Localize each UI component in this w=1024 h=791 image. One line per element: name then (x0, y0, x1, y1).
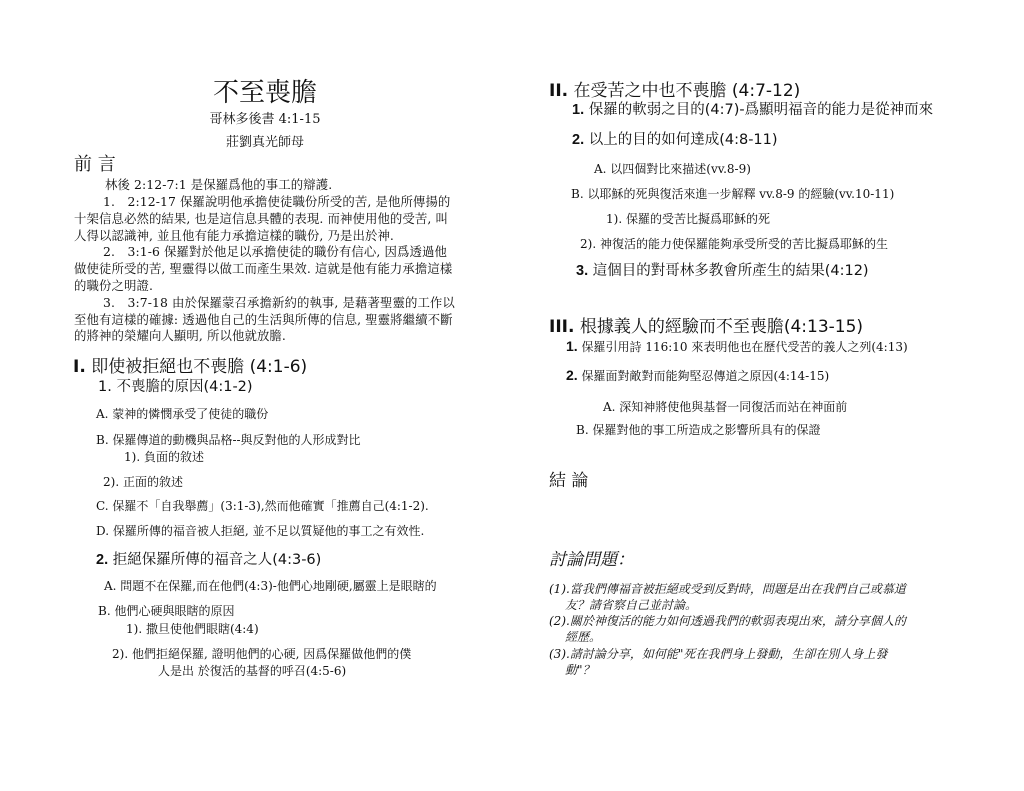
intro-line: 林後 2:12-7:1 是保羅爲他的事工的辯護. (105, 176, 332, 193)
list-item: B. 保羅傳道的動機與品格--與反對他的人形成對比 (96, 431, 361, 448)
point-number: 1. (566, 338, 578, 354)
list-item: A. 問題不在保羅,而在他們(4:3)-他們心地剛硬,屬靈上是眼瞎的 (104, 577, 437, 594)
section-2-point-1: 1. 保羅的軟弱之目的(4:7)-爲顯明福音的能力是從神而來 (572, 98, 933, 119)
list-item: 2). 神復活的能力使保羅能夠承受所受的苦比擬爲耶穌的生 (580, 235, 888, 252)
point-number: 3. (576, 263, 588, 279)
section-3-numeral: III. (549, 317, 574, 337)
intro-line: 做使徒所受的苦, 聖靈得以做工而產生果效. 這就是他有能力承擔這樣 (74, 260, 452, 277)
intro-line: 1. 2:12-17 保羅說明他承擔使徒職份所受的苦, 是他所傳揚的 (103, 193, 450, 210)
point-number: 2. (96, 552, 108, 568)
discussion-question-cont: 動"？ (565, 662, 595, 679)
discussion-question: (2).關於神復活的能力如何透過我們的軟弱表現出來，請分享個人的 (549, 613, 906, 630)
discussion-question: (1).當我們傳福音被拒絕或受到反對時，問題是出在我們自己或慕道 (549, 581, 906, 598)
conclusion-heading: 結 論 (549, 466, 588, 491)
intro-line: 3. 3:7-18 由於保羅蒙召承擔新約的執事, 是藉著聖靈的工作以 (103, 294, 455, 311)
section-1-numeral: I. (73, 357, 86, 377)
point-number: 2. (572, 132, 584, 148)
point-number: 1. (572, 102, 584, 118)
intro-heading: 前 言 (74, 150, 116, 176)
discussion-question-cont: 友？請省察自己並討論。 (565, 597, 697, 614)
point-number: 2. (566, 367, 578, 383)
list-item: 2). 他們拒絕保羅, 證明他們的心硬, 因爲保羅做他們的僕 (112, 645, 411, 662)
section-2-point-3: 3. 這個目的對哥林多教會所產生的結果(4:12) (576, 259, 869, 280)
list-item: B. 他們心硬與眼瞎的原因 (98, 602, 234, 619)
point-title: 保羅引用詩 116:10 來表明他也在歷代受苦的義人之列(4:13) (582, 340, 908, 354)
discussion-heading: 討論問題： (549, 545, 634, 570)
list-item: 1). 保羅的受苦比擬爲耶穌的死 (606, 210, 770, 227)
scripture-reference: 哥林多後書 4:1-15 (0, 108, 530, 127)
point-title: 拒絕保羅所傳的福音之人(4:3-6) (113, 552, 322, 568)
discussion-question: (3).請討論分享，如何能"死在我們身上發動，生卻在別人身上發 (549, 646, 887, 663)
section-1-point-2: 2. 拒絕保羅所傳的福音之人(4:3-6) (96, 548, 321, 569)
intro-line: 的將神的榮耀向人顯明, 所以他就放膽. (74, 327, 286, 344)
section-3-heading: III. 根據義人的經驗而不至喪膽(4:13-15) (549, 312, 863, 337)
list-item: A. 蒙神的憐憫承受了使徒的職份 (96, 405, 268, 422)
list-item: 1). 撒旦使他們眼瞎(4:4) (126, 620, 259, 637)
intro-line: 至他有這樣的確據: 透過他自己的生活與所傳的信息, 聖靈將繼續不斷 (74, 311, 453, 328)
point-number: 1. (98, 379, 112, 395)
point-title: 以上的目的如何達成(4:8-11) (589, 132, 778, 148)
list-item: A. 以四個對比來描述(vv.8-9) (594, 160, 751, 177)
list-item: D. 保羅所傳的福音被人拒絕, 並不足以質疑他的事工之有效性. (96, 522, 424, 539)
list-item: 2). 正面的敘述 (103, 473, 183, 490)
list-item: 人是出 於復活的基督的呼召(4:5-6) (158, 662, 346, 679)
section-1-point-1: 1. 不喪膽的原因(4:1-2) (98, 375, 253, 396)
point-title: 不喪膽的原因(4:1-2) (116, 379, 252, 395)
list-item: C. 保羅不「自我舉薦」(3:1-3),然而他確實「推薦自己(4:1-2). (96, 497, 429, 514)
list-item: B. 以耶穌的死與復活來進一步解釋 vv.8-9 的經驗(vv.10-11) (571, 185, 894, 202)
list-item: B. 保羅對他的事工所造成之影響所具有的保證 (576, 421, 820, 438)
intro-line: 十架信息必然的結果, 也是這信息具體的表現. 而神使用他的受苦, 叫 (74, 210, 448, 227)
section-2-point-2: 2. 以上的目的如何達成(4:8-11) (572, 128, 778, 149)
section-3-point-1: 1. 保羅引用詩 116:10 來表明他也在歷代受苦的義人之列(4:13) (566, 338, 908, 355)
intro-line: 的職份之明證. (74, 277, 153, 294)
discussion-question-cont: 經歷。 (565, 629, 601, 646)
list-item: 1). 負面的敘述 (124, 448, 204, 465)
section-1-title: 即使被拒絕也不喪膽 (4:1-6) (91, 357, 307, 377)
section-3-point-2: 2. 保羅面對敵對而能夠堅忍傳道之原因(4:14-15) (566, 367, 829, 384)
section-1-heading: I. 即使被拒絕也不喪膽 (4:1-6) (73, 352, 307, 377)
point-title: 保羅的軟弱之目的(4:7)-爲顯明福音的能力是從神而來 (589, 102, 933, 118)
document-title: 不至喪膽 (0, 72, 530, 109)
list-item: A. 深知神將使他與基督一同復活而站在神面前 (603, 398, 847, 415)
intro-line: 2. 3:1-6 保羅對於他足以承擔使徒的職份有信心, 因爲透過他 (103, 243, 447, 260)
section-3-title: 根據義人的經驗而不至喪膽(4:13-15) (580, 317, 863, 337)
intro-line: 人得以認識神, 並且他有能力承擔這樣的職份, 乃是出於神. (74, 227, 394, 244)
author-name: 莊劉真光師母 (0, 131, 530, 150)
point-title: 這個目的對哥林多教會所產生的結果(4:12) (593, 263, 869, 279)
section-2-numeral: II. (549, 81, 568, 101)
point-title: 保羅面對敵對而能夠堅忍傳道之原因(4:14-15) (582, 369, 830, 383)
